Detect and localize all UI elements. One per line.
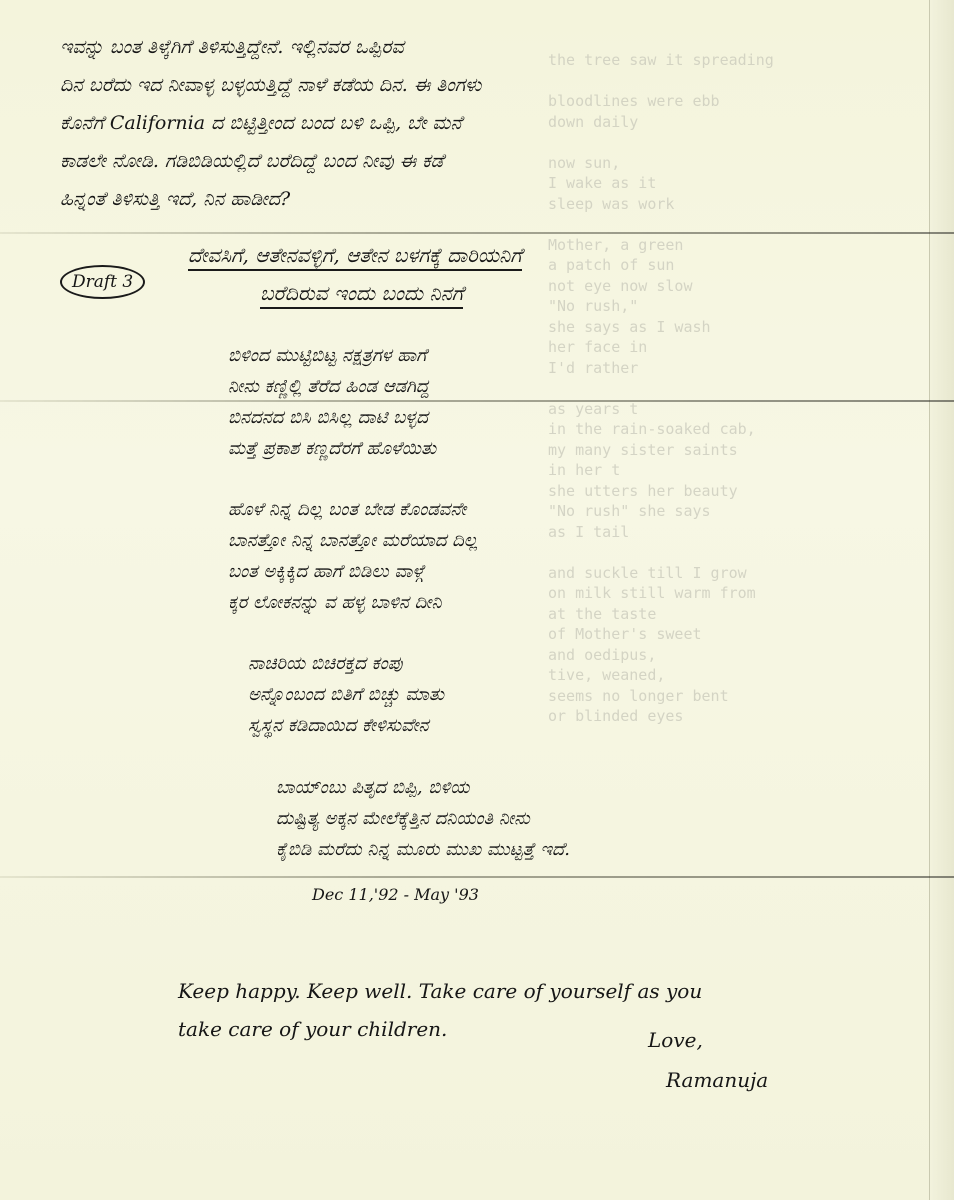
draft-label: Draft 3	[60, 265, 145, 299]
poem-date: Dec 11,'92 - May '93	[312, 885, 479, 904]
paragraph-line: ದಿನ ಬರೆದು ಇದ ನೀವಾಳ್ಳ ಬಳ್ಳಯತ್ತಿದ್ದೆ ನಾಳೆ …	[60, 66, 481, 104]
poem-line: ಬಿನದನದ ಬಿಸಿ ಬಿಸಿಲ್ಲ ದಾಟಿ ಬಳ್ಳದ	[228, 402, 436, 433]
fold-line	[0, 232, 954, 234]
closing-line: Keep happy. Keep well. Take care of your…	[178, 972, 702, 1010]
fold-line	[0, 400, 954, 402]
paragraph-line: ಕಾಡಲೇ ನೋಡಿ. ಗಡಿಬಿಡಿಯಲ್ಲಿದೆ ಬರೆದಿದ್ದೆ ಬಂದ…	[60, 142, 481, 180]
fold-line	[0, 876, 954, 878]
closing-line: take care of your children.	[178, 1010, 702, 1048]
poem-title-line: ದೇವಸಿಗೆ, ಆತೇನವಳ್ಳಿಗೆ, ಆತೇನ ಬಳಗಕ್ಕೆ ದಾರಿಯ…	[188, 243, 522, 271]
paragraph-line: ಇವನ್ನು ಬಂತ ತಿಳ್ಕೆಗಿಗೆ ತಿಳಿಸುತ್ತಿದ್ದೇನೆ. …	[60, 28, 481, 66]
poem-stanza: ಬಾಯ್ಂಬು ಪಿತೃದ ಬಿಪ್ಪಿ, ಬಿಳಿಯ ದುಷ್ಟಿತ್ಯ ಅಕ…	[276, 772, 570, 865]
poem-line: ಬಂತ ಅಕ್ಕಿಕ್ಕಿದ ಹಾಗೆ ಬಿಡಿಲು ವಾಳ್ಗೆ	[228, 556, 478, 587]
poem-title-line: ಬರೆದಿರುವ ಇಂದು ಬಂದು ನಿನಗೆ	[260, 281, 463, 309]
paragraph-line: ಹಿನ್ನಂತೆ ತಿಳಿಸುತ್ತಿ ಇದೆ, ನಿನ ಹಾಡೀದ?	[60, 180, 481, 218]
signoff: Love, Ramanuja	[648, 1020, 768, 1100]
poem-line: ಕೈಬಿಡಿ ಮರೆದು ನಿನ್ನ ಮೂರು ಮುಖ ಮುಟ್ಟತ್ತೆ ಇದ…	[276, 834, 570, 865]
closing-note: Keep happy. Keep well. Take care of your…	[178, 972, 702, 1048]
poem-line: ನೀನು ಕಣ್ಣಿಲ್ಲಿ ತೆರೆದ ಹಿಂಡ ಆಡಗಿದ್ದ	[228, 371, 436, 402]
opening-paragraph: ಇವನ್ನು ಬಂತ ತಿಳ್ಕೆಗಿಗೆ ತಿಳಿಸುತ್ತಿದ್ದೇನೆ. …	[60, 28, 481, 218]
poem-stanza: ನಾಚಿರಿಯ ಬಿಚಿರಕ್ತದ ಕಂಪು ಅನ್ನೊಂಬಂದ ಬಿತಿಗೆ …	[248, 648, 444, 741]
salutation: Love,	[648, 1020, 768, 1060]
poem-line: ದುಷ್ಟಿತ್ಯ ಅಕ್ಕನ ಮೇಲೆಕ್ಕೆತ್ತಿನ ದನಿಯಂತಿ ನೀ…	[276, 803, 570, 834]
signature: Ramanuja	[648, 1060, 768, 1100]
paragraph-line: ಕೊನೆಗೆ California ದ ಬಿಟ್ಟಿತ್ತೀಂದ ಬಂದ ಬಳಿ…	[60, 104, 481, 142]
poem-line: ಹೊಳೆ ನಿನ್ನ ದಿಲ್ಲ ಬಂತ ಬೇಡ ಕೊಂಡವನೇ	[228, 494, 478, 525]
paper-edge	[929, 0, 954, 1200]
poem-line: ನಾಚಿರಿಯ ಬಿಚಿರಕ್ತದ ಕಂಪು	[248, 648, 444, 679]
poem-stanza: ಬಿಳಿಂದ ಮುಟ್ಟಿಬಿಟ್ಟ ನಕ್ಷತ್ರಗಳ ಹಾಗೆ ನೀನು ಕ…	[228, 340, 436, 464]
poem-line: ಮತ್ತೆ ಪ್ರಕಾಶ ಕಣ್ಣದೆರಗೆ ಹೊಳೆಯಿತು	[228, 433, 436, 464]
poem-line: ಅನ್ನೊಂಬಂದ ಬಿತಿಗೆ ಬಿಚ್ಚು ಮಾತು	[248, 679, 444, 710]
poem-stanza: ಹೊಳೆ ನಿನ್ನ ದಿಲ್ಲ ಬಂತ ಬೇಡ ಕೊಂಡವನೇ ಬಾನತ್ತೋ…	[228, 494, 478, 618]
poem-line: ಕ್ಕರ ಲೋಕನನ್ನು ವ ಹಳ್ಳ ಬಾಳಿನ ದೀನಿ	[228, 587, 478, 618]
show-through-typed-text: the tree saw it spreading bloodlines wer…	[548, 50, 774, 727]
poem-line: ಬಿಳಿಂದ ಮುಟ್ಟಿಬಿಟ್ಟ ನಕ್ಷತ್ರಗಳ ಹಾಗೆ	[228, 340, 436, 371]
poem-line: ಬಾನತ್ತೋ ನಿನ್ನ ಬಾನತ್ತೋ ಮರೆಯಾದ ದಿಲ್ಲ	[228, 525, 478, 556]
poem-line: ಸ್ವಸ್ಥನ ಕಡಿದಾಯಿದ ಕೇಳಿಸುವೇನ	[248, 710, 444, 741]
poem-line: ಬಾಯ್ಂಬು ಪಿತೃದ ಬಿಪ್ಪಿ, ಬಿಳಿಯ	[276, 772, 570, 803]
